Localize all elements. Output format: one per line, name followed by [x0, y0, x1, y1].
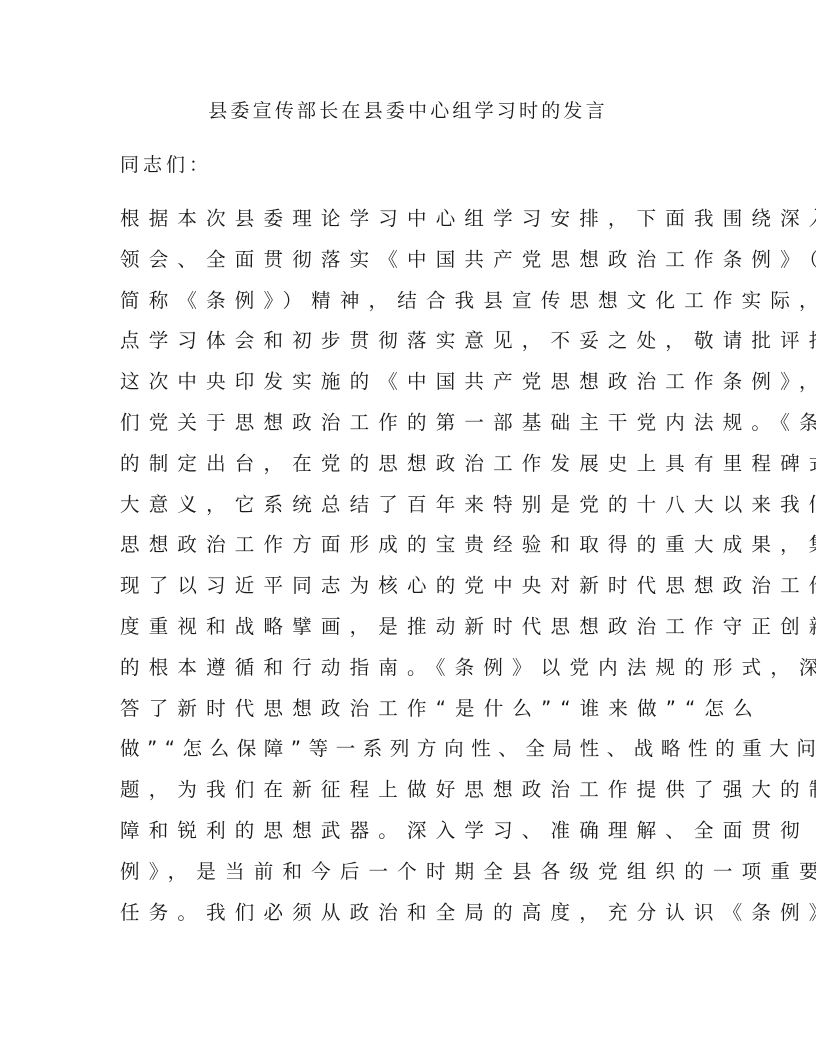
body-line: 题，为我们在新征程上做好思想政治工作提供了强大的制度保 — [120, 775, 720, 816]
body-line: 简称《条例》）精神，结合我县宣传思想文化工作实际，谈几 — [120, 286, 720, 327]
document-title: 县委宣传部长在县委中心组学习时的发言 — [0, 96, 816, 126]
body-line: 大意义，它系统总结了百年来特别是党的十八大以来我们党在 — [120, 490, 720, 531]
body-line: 障和锐利的思想武器。深入学习、准确理解、全面贯彻《条 — [120, 816, 720, 857]
body-line: 们党关于思想政治工作的第一部基础主干党内法规。《条例》 — [120, 408, 720, 449]
body-line: 根据本次县委理论学习中心组学习安排，下面我围绕深入学习 — [120, 204, 720, 245]
salutation: 同志们： — [120, 150, 212, 180]
body-line: 的根本遵循和行动指南。《条例》以党内法规的形式，深刻回 — [120, 653, 720, 694]
document-page: 县委宣传部长在县委中心组学习时的发言 同志们： 根据本次县委理论学习中心组学习安… — [0, 0, 816, 1056]
body-line: 的制定出台，在党的思想政治工作发展史上具有里程碑式的重 — [120, 449, 720, 490]
body-line: 做”“怎么保障”等一系列方向性、全局性、战略性的重大问 — [120, 734, 720, 775]
body-line: 答了新时代思想政治工作“是什么”“谁来做”“怎么 — [120, 694, 720, 735]
body-line: 点学习体会和初步贯彻落实意见，不妥之处，敬请批评指正。 — [120, 326, 720, 367]
body-line: 现了以习近平同志为核心的党中央对新时代思想政治工作的高 — [120, 571, 720, 612]
body-line: 领会、全面贯彻落实《中国共产党思想政治工作条例》（以下 — [120, 245, 720, 286]
body-line: 思想政治工作方面形成的宝贵经验和取得的重大成果，集中体 — [120, 530, 720, 571]
body-text: 根据本次县委理论学习中心组学习安排，下面我围绕深入学习 领会、全面贯彻落实《中国… — [120, 204, 720, 938]
body-line: 例》，是当前和今后一个时期全县各级党组织的一项重要政治 — [120, 857, 720, 898]
body-line: 这次中央印发实施的《中国共产党思想政治工作条例》，是我 — [120, 367, 720, 408]
body-line: 度重视和战略擘画，是推动新时代思想政治工作守正创新发展 — [120, 612, 720, 653]
body-line: 任务。我们必须从政治和全局的高度，充分认识《条例》实施 — [120, 898, 720, 939]
